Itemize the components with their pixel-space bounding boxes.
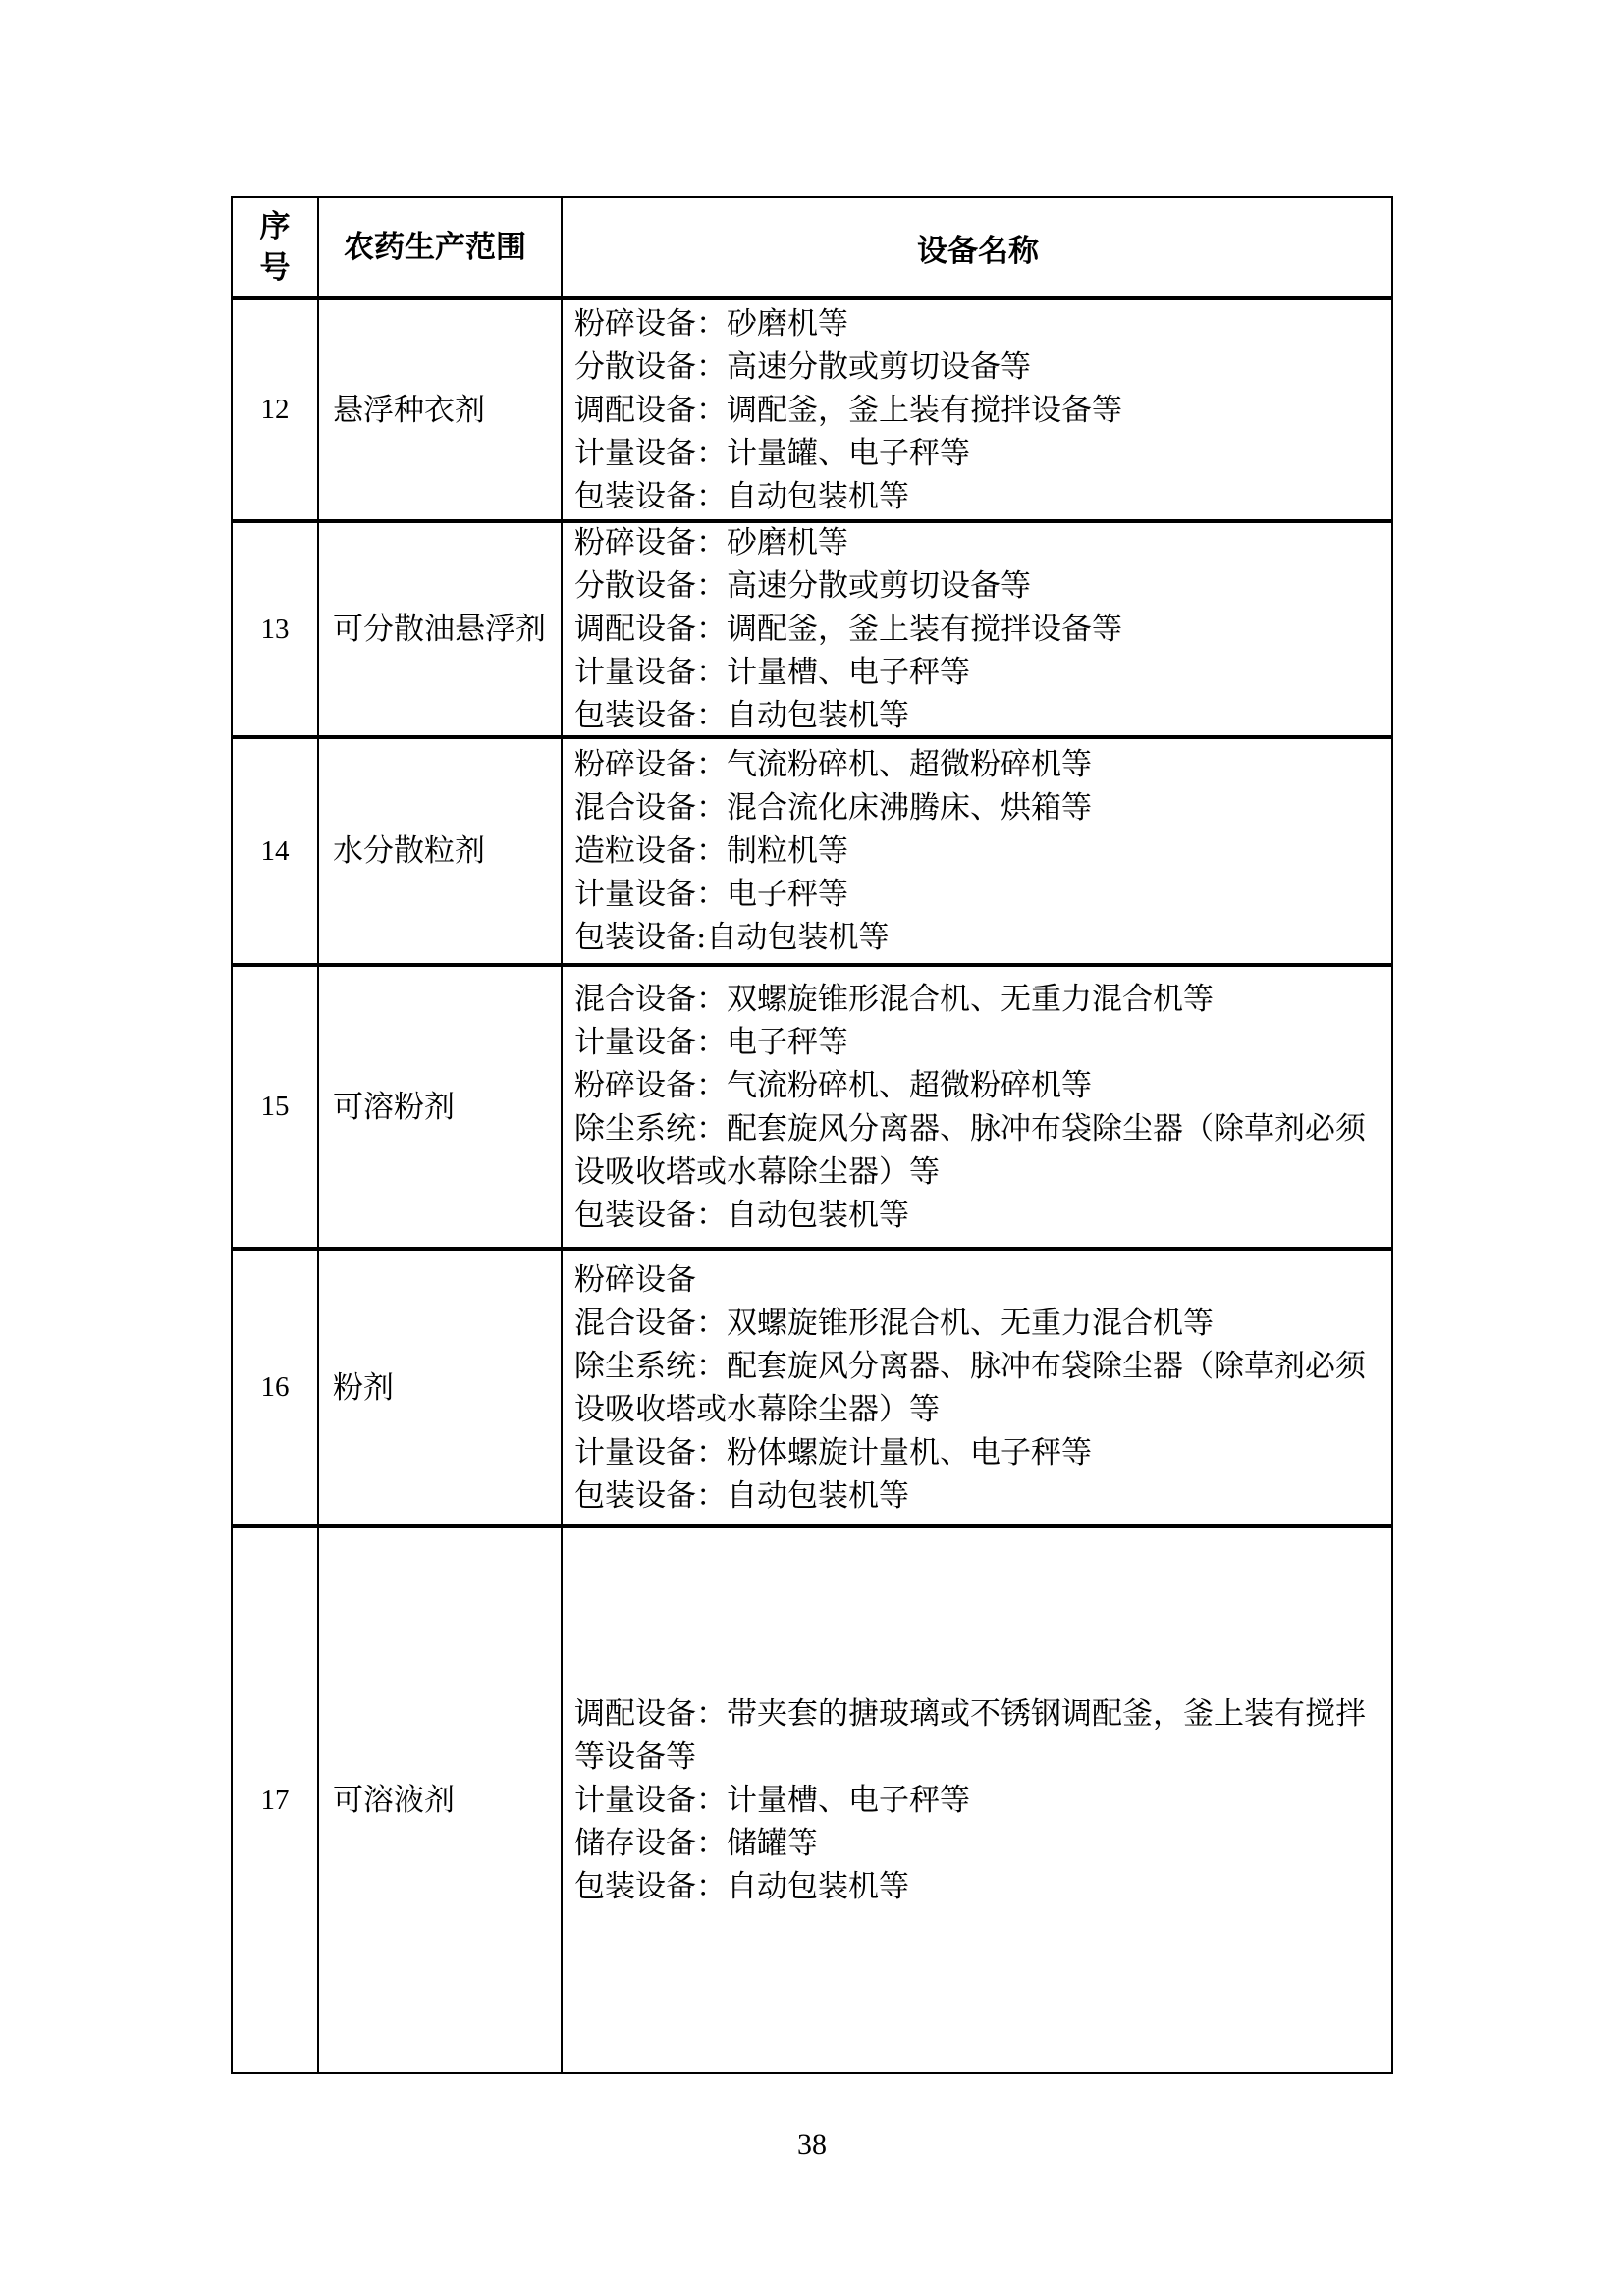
equipment-line: 调配设备：调配釜，釜上装有搅拌设备等: [574, 389, 1381, 432]
equipment-line: 除尘系统：配套旋风分离器、脉冲布袋除尘器（除草剂必须设吸收塔或水幕除尘器）等: [574, 1345, 1381, 1431]
header-equipment-label: 设备名称: [917, 226, 1039, 270]
row-index: 16: [233, 1251, 319, 1524]
equipment-line: 调配设备：带夹套的搪玻璃或不锈钢调配釜，釜上装有搅拌等设备等: [574, 1692, 1381, 1779]
equipment-line: 粉碎设备：砂磨机等: [574, 302, 1381, 346]
page-number: 38: [0, 2128, 1624, 2162]
header-equipment: 设备名称: [563, 198, 1391, 296]
equipment-line: 包装设备：自动包装机等: [574, 1194, 1381, 1237]
equipment-line: 混合设备：双螺旋锥形混合机、无重力混合机等: [574, 1302, 1381, 1345]
table-row: 15 可溶粉剂 混合设备：双螺旋锥形混合机、无重力混合机等 计量设备：电子秤等 …: [233, 963, 1391, 1247]
row-scope: 可溶液剂: [319, 1528, 563, 2072]
table-row: 17 可溶液剂 调配设备：带夹套的搪玻璃或不锈钢调配釜，釜上装有搅拌等设备等 计…: [233, 1524, 1391, 2072]
table-row: 12 悬浮种衣剂 粉碎设备：砂磨机等 分散设备：高速分散或剪切设备等 调配设备：…: [233, 296, 1391, 519]
equipment-line: 除尘系统：配套旋风分离器、脉冲布袋除尘器（除草剂必须设吸收塔或水幕除尘器）等: [574, 1107, 1381, 1194]
equipment-line: 粉碎设备：砂磨机等: [574, 521, 1381, 564]
header-scope: 农药生产范围: [319, 198, 563, 296]
row-equipment: 粉碎设备：砂磨机等 分散设备：高速分散或剪切设备等 调配设备：调配釜，釜上装有搅…: [563, 523, 1391, 735]
table-row: 16 粉剂 粉碎设备 混合设备：双螺旋锥形混合机、无重力混合机等 除尘系统：配套…: [233, 1247, 1391, 1524]
row-scope: 水分散粒剂: [319, 739, 563, 963]
row-equipment: 粉碎设备：砂磨机等 分散设备：高速分散或剪切设备等 调配设备：调配釜，釜上装有搅…: [563, 300, 1391, 519]
equipment-line: 粉碎设备：气流粉碎机、超微粉碎机等: [574, 1064, 1381, 1107]
table-row: 13 可分散油悬浮剂 粉碎设备：砂磨机等 分散设备：高速分散或剪切设备等 调配设…: [233, 519, 1391, 735]
row-index: 12: [233, 300, 319, 519]
row-index: 14: [233, 739, 319, 963]
equipment-line: 造粒设备：制粒机等: [574, 829, 1381, 873]
row-equipment: 混合设备：双螺旋锥形混合机、无重力混合机等 计量设备：电子秤等 粉碎设备：气流粉…: [563, 967, 1391, 1247]
row-index: 17: [233, 1528, 319, 2072]
row-scope: 可溶粉剂: [319, 967, 563, 1247]
equipment-line: 包装设备：自动包装机等: [574, 694, 1381, 737]
row-equipment: 粉碎设备：气流粉碎机、超微粉碎机等 混合设备：混合流化床沸腾床、烘箱等 造粒设备…: [563, 739, 1391, 963]
row-scope: 悬浮种衣剂: [319, 300, 563, 519]
equipment-line: 计量设备：计量槽、电子秤等: [574, 1779, 1381, 1822]
equipment-line: 计量设备：粉体螺旋计量机、电子秤等: [574, 1431, 1381, 1474]
equipment-line: 混合设备：双螺旋锥形混合机、无重力混合机等: [574, 978, 1381, 1021]
equipment-table: 序 号 农药生产范围 设备名称 12 悬浮种衣剂 粉碎设备：砂磨机等 分散设备：…: [231, 196, 1393, 2074]
row-index: 13: [233, 523, 319, 735]
equipment-line: 包装设备:自动包装机等: [574, 916, 1381, 959]
header-index-char-2: 号: [260, 247, 291, 289]
equipment-line: 计量设备：计量罐、电子秤等: [574, 432, 1381, 475]
equipment-line: 调配设备：调配釜，釜上装有搅拌设备等: [574, 608, 1381, 651]
row-equipment: 粉碎设备 混合设备：双螺旋锥形混合机、无重力混合机等 除尘系统：配套旋风分离器、…: [563, 1251, 1391, 1524]
row-index: 15: [233, 967, 319, 1247]
table-header-row: 序 号 农药生产范围 设备名称: [233, 198, 1391, 296]
equipment-line: 计量设备：电子秤等: [574, 873, 1381, 916]
header-index-char-1: 序: [260, 206, 291, 247]
equipment-line: 粉碎设备: [574, 1258, 1381, 1302]
equipment-line: 计量设备：电子秤等: [574, 1021, 1381, 1064]
row-equipment: 调配设备：带夹套的搪玻璃或不锈钢调配釜，釜上装有搅拌等设备等 计量设备：计量槽、…: [563, 1528, 1391, 2072]
equipment-line: 包装设备：自动包装机等: [574, 475, 1381, 518]
equipment-line: 混合设备：混合流化床沸腾床、烘箱等: [574, 786, 1381, 829]
equipment-line: 分散设备：高速分散或剪切设备等: [574, 346, 1381, 389]
equipment-line: 包装设备：自动包装机等: [574, 1474, 1381, 1518]
equipment-line: 包装设备：自动包装机等: [574, 1865, 1381, 1908]
equipment-line: 计量设备：计量槽、电子秤等: [574, 651, 1381, 694]
equipment-line: 分散设备：高速分散或剪切设备等: [574, 564, 1381, 608]
row-scope: 可分散油悬浮剂: [319, 523, 563, 735]
table-row: 14 水分散粒剂 粉碎设备：气流粉碎机、超微粉碎机等 混合设备：混合流化床沸腾床…: [233, 735, 1391, 963]
equipment-line: 粉碎设备：气流粉碎机、超微粉碎机等: [574, 743, 1381, 786]
header-index: 序 号: [233, 198, 319, 296]
row-scope: 粉剂: [319, 1251, 563, 1524]
equipment-line: 储存设备：储罐等: [574, 1822, 1381, 1865]
